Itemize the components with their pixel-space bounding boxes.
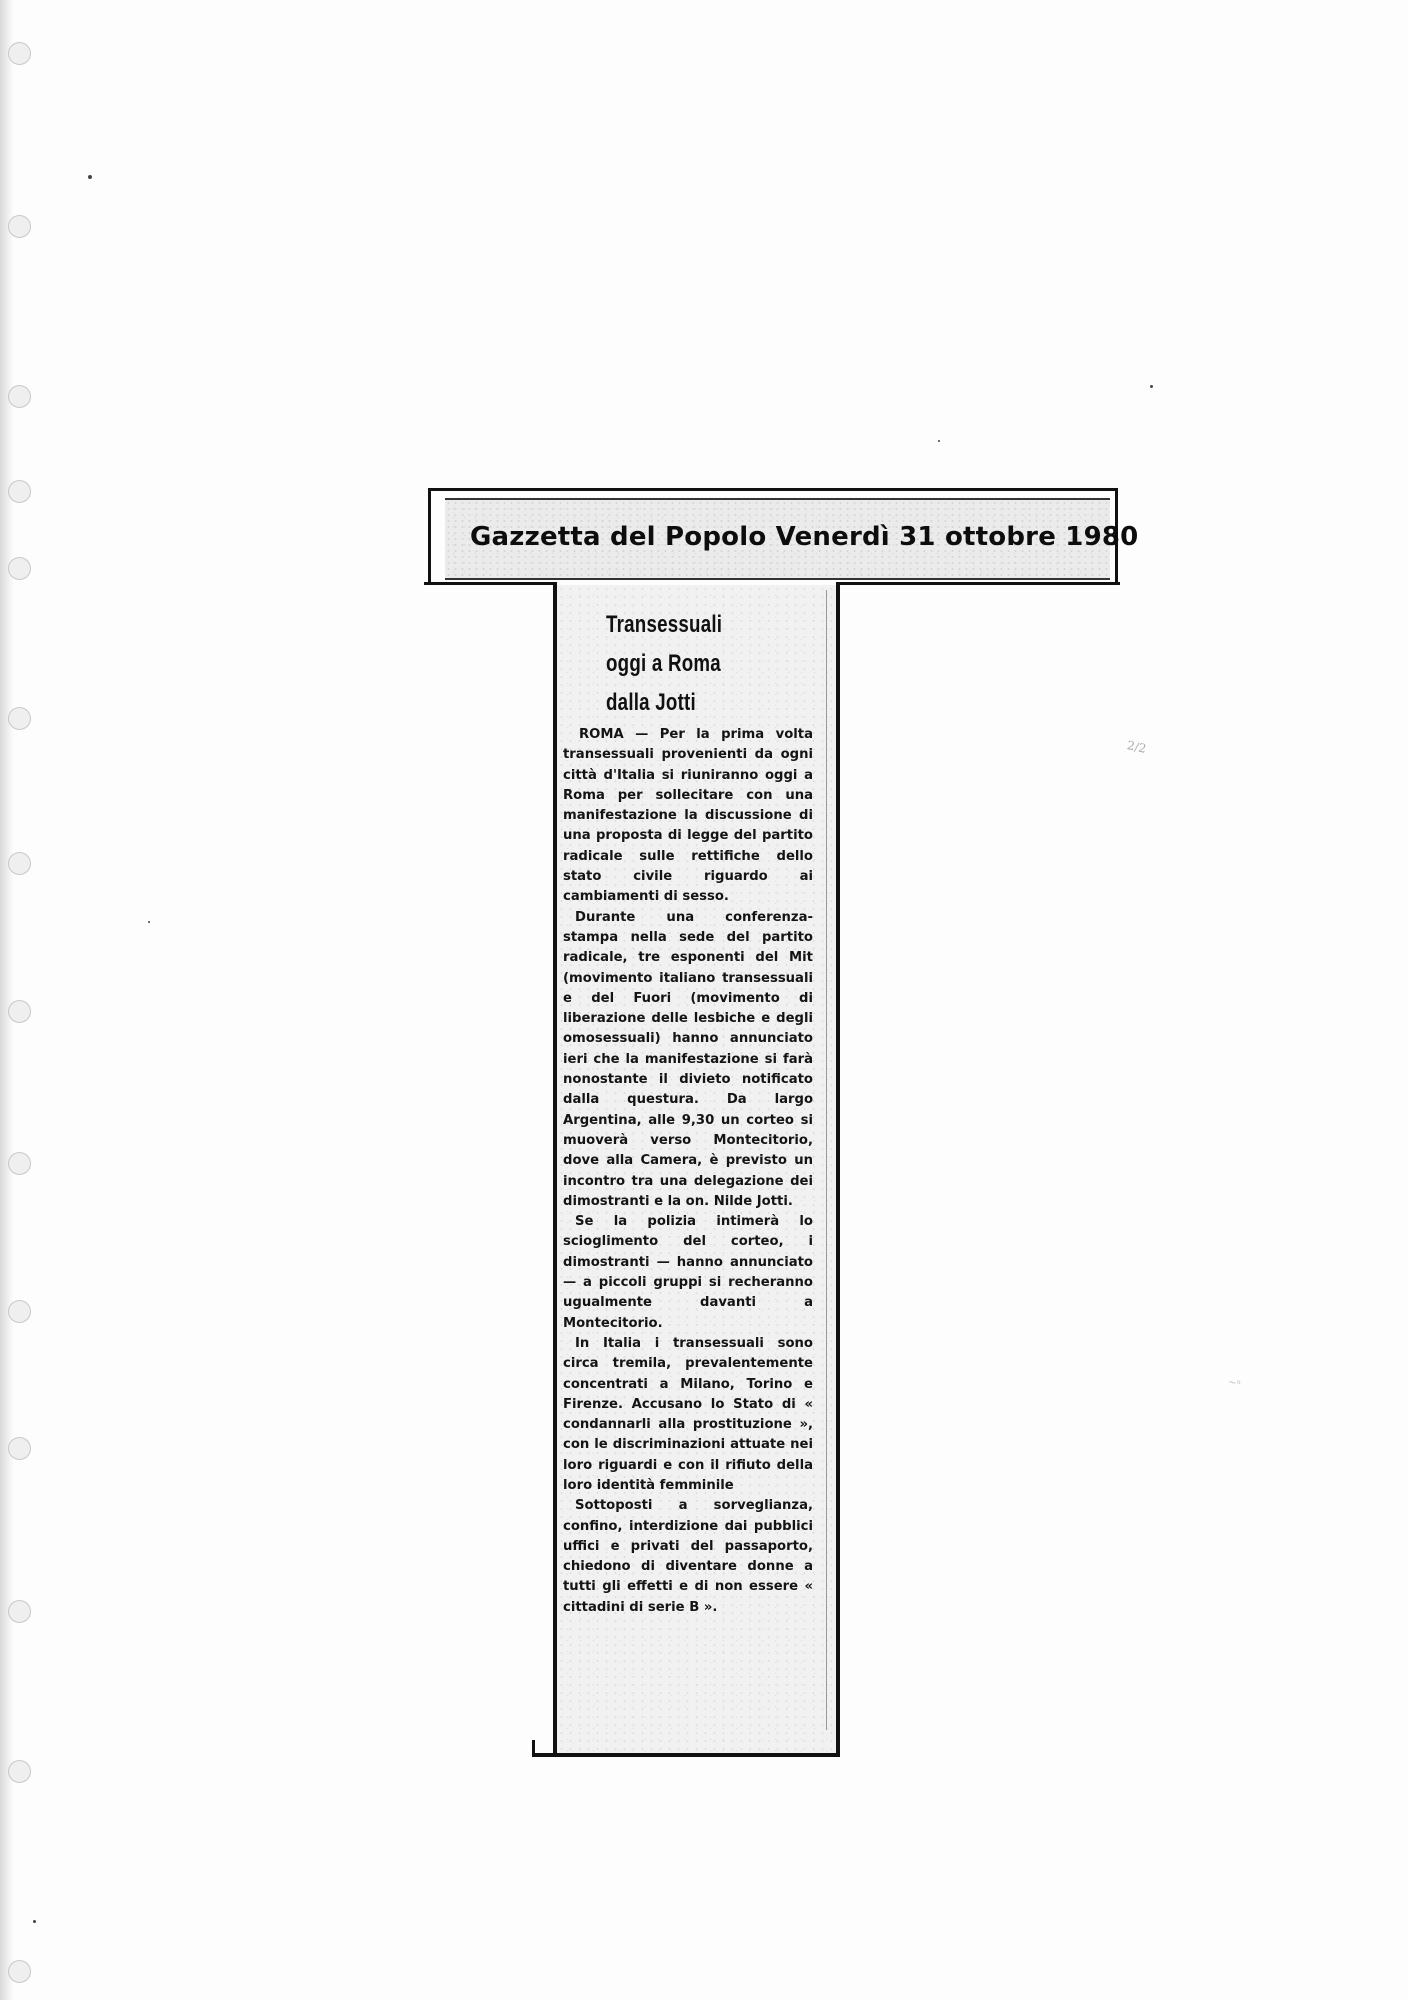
binder-hole — [8, 1600, 31, 1623]
article-paragraph: Durante una conferenza-stampa nella sede… — [563, 908, 813, 1212]
frame-line — [836, 582, 840, 1757]
scan-speck — [88, 175, 92, 179]
binder-hole — [8, 1152, 31, 1175]
scan-speck — [33, 1920, 36, 1923]
pencil-scribble: ~ⁿ — [1227, 1377, 1242, 1390]
binder-hole — [8, 852, 31, 875]
binder-hole — [8, 480, 31, 503]
scan-speck — [1150, 385, 1153, 388]
headline-line: Transessuali — [606, 605, 722, 644]
binder-hole — [8, 707, 31, 730]
article-paragraph: In Italia i transessuali sono circa trem… — [563, 1334, 813, 1496]
binder-hole — [8, 1960, 31, 1983]
binder-hole — [8, 1437, 31, 1460]
article-paragraph: Se la polizia intimerà lo scioglimento d… — [563, 1212, 813, 1334]
binder-hole — [8, 385, 31, 408]
headline-line: dalla Jotti — [606, 683, 722, 722]
binder-hole — [8, 1000, 31, 1023]
pencil-annotation: 2/2 — [1126, 738, 1148, 756]
binder-hole — [8, 1760, 31, 1783]
article-headline: Transessuali oggi a Roma dalla Jotti — [606, 605, 722, 722]
frame-line — [838, 582, 1120, 585]
frame-line — [533, 1753, 840, 1757]
masthead-title: Gazzetta del Popolo Venerdì 31 ottobre 1… — [470, 522, 1090, 552]
scan-speck — [938, 440, 940, 442]
article-body: ROMA — Per la prima volta transessuali p… — [563, 725, 813, 1618]
article-paragraph: Sottoposti a sorveglianza, confino, inte… — [563, 1496, 813, 1618]
binder-hole — [8, 557, 31, 580]
frame-line — [553, 582, 557, 1757]
scan-speck — [148, 921, 150, 923]
binder-hole — [8, 42, 31, 65]
frame-line — [532, 1740, 535, 1757]
binder-hole — [8, 215, 31, 238]
frame-line — [424, 582, 556, 585]
article-paragraph: ROMA — Per la prima volta transessuali p… — [563, 725, 813, 908]
headline-line: oggi a Roma — [606, 644, 722, 683]
scan-edge-shadow — [0, 0, 14, 2000]
binder-hole — [8, 1300, 31, 1323]
column-rule — [826, 590, 827, 1730]
